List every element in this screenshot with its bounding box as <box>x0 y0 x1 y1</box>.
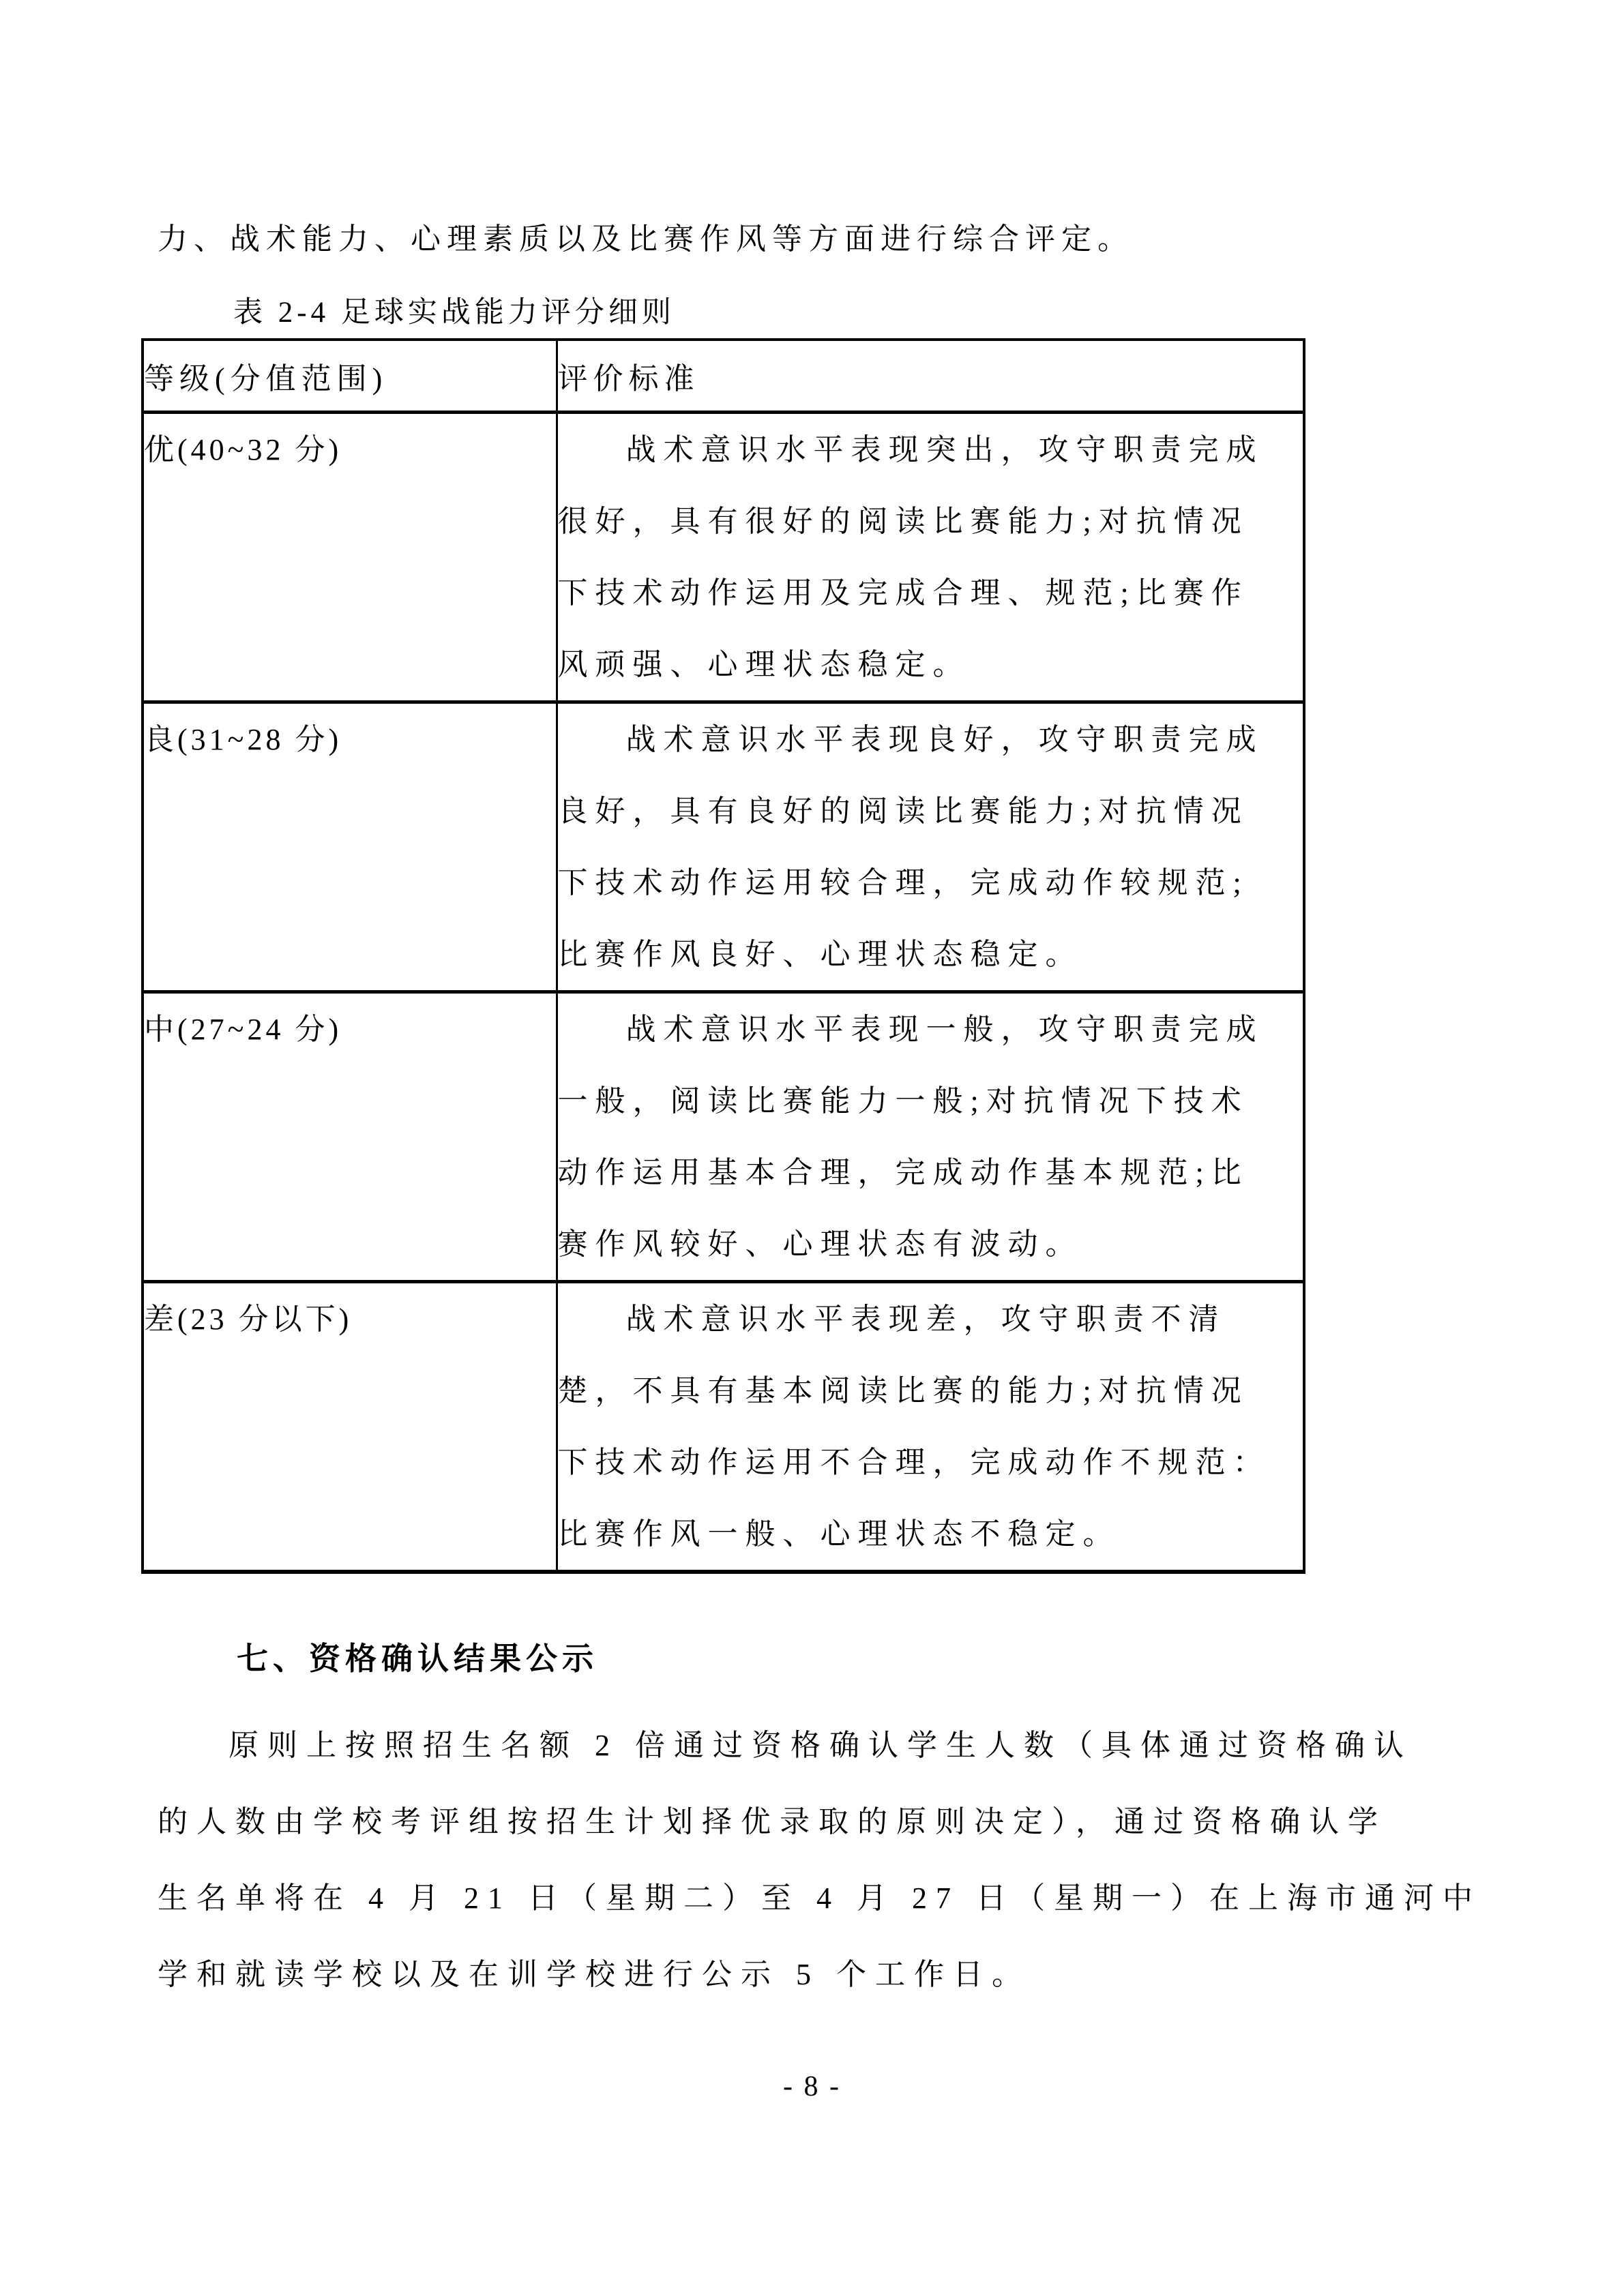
paragraph-line: 的人数由学校考评组按招生计划择优录取的原则决定），通过资格确认学 <box>158 1784 1481 1860</box>
criteria-line: 下技术动作运用不合理，完成动作不规范： <box>558 1427 1303 1498</box>
criteria-line: 比赛作风一般、心理状态不稳定。 <box>558 1498 1303 1570</box>
criteria-line: 战术意识水平表现良好，攻守职责完成 <box>558 704 1303 775</box>
intro-paragraph-line: 力、战术能力、心理素质以及比赛作风等方面进行综合评定。 <box>158 214 1134 258</box>
grade-label: 中(27~24 分) <box>143 992 557 1281</box>
criteria-line: 一般，阅读比赛能力一般;对抗情况下技术 <box>558 1065 1303 1137</box>
document-page: 力、战术能力、心理素质以及比赛作风等方面进行综合评定。 表 2-4 足球实战能力… <box>0 0 1624 2296</box>
criteria-line: 良好，具有良好的阅读比赛能力;对抗情况 <box>558 775 1303 847</box>
criteria-line: 风顽强、心理状态稳定。 <box>558 629 1303 700</box>
section-heading: 七、资格确认结果公示 <box>237 1634 598 1679</box>
criteria-line: 战术意识水平表现突出，攻守职责完成 <box>558 414 1303 486</box>
criteria-line: 动作运用基本合理，完成动作基本规范;比 <box>558 1137 1303 1208</box>
criteria-line: 楚，不具有基本阅读比赛的能力;对抗情况 <box>558 1355 1303 1427</box>
table-row: 良(31~28 分) 战术意识水平表现良好，攻守职责完成 良好，具有良好的阅读比… <box>143 702 1304 992</box>
table-row: 差(23 分以下) 战术意识水平表现差，攻守职责不清 楚，不具有基本阅读比赛的能… <box>143 1281 1304 1572</box>
table-row: 中(27~24 分) 战术意识水平表现一般，攻守职责完成 一般，阅读比赛能力一般… <box>143 992 1304 1281</box>
header-criteria: 评价标准 <box>557 340 1304 412</box>
paragraph-line: 学和就读学校以及在训学校进行公示 5 个工作日。 <box>158 1937 1481 2013</box>
criteria-cell: 战术意识水平表现良好，攻守职责完成 良好，具有良好的阅读比赛能力;对抗情况 下技… <box>557 702 1304 992</box>
closing-paragraph: 原则上按照招生名额 2 倍通过资格确认学生人数（具体通过资格确认 的人数由学校考… <box>158 1708 1481 2013</box>
criteria-line: 很好，具有很好的阅读比赛能力;对抗情况 <box>558 486 1303 557</box>
criteria-line: 下技术动作运用较合理，完成动作较规范; <box>558 847 1303 919</box>
criteria-line: 比赛作风良好、心理状态稳定。 <box>558 919 1303 990</box>
criteria-line: 战术意识水平表现一般，攻守职责完成 <box>558 994 1303 1065</box>
criteria-line: 战术意识水平表现差，攻守职责不清 <box>558 1283 1303 1355</box>
header-grade: 等级(分值范围) <box>143 340 557 412</box>
grade-label: 优(40~32 分) <box>143 412 557 702</box>
table-header-row: 等级(分值范围) 评价标准 <box>143 340 1304 412</box>
scoring-table: 等级(分值范围) 评价标准 优(40~32 分) 战术意识水平表现突出，攻守职责… <box>141 338 1305 1574</box>
page-number: - 8 - <box>0 2070 1624 2103</box>
paragraph-line: 原则上按照招生名额 2 倍通过资格确认学生人数（具体通过资格确认 <box>158 1708 1481 1784</box>
grade-label: 良(31~28 分) <box>143 702 557 992</box>
paragraph-line: 生名单将在 4 月 21 日（星期二）至 4 月 27 日（星期一）在上海市通河… <box>158 1860 1481 1937</box>
criteria-cell: 战术意识水平表现差，攻守职责不清 楚，不具有基本阅读比赛的能力;对抗情况 下技术… <box>557 1281 1304 1572</box>
criteria-cell: 战术意识水平表现突出，攻守职责完成 很好，具有很好的阅读比赛能力;对抗情况 下技… <box>557 412 1304 702</box>
criteria-line: 下技术动作运用及完成合理、规范;比赛作 <box>558 557 1303 629</box>
table-row: 优(40~32 分) 战术意识水平表现突出，攻守职责完成 很好，具有很好的阅读比… <box>143 412 1304 702</box>
criteria-cell: 战术意识水平表现一般，攻守职责完成 一般，阅读比赛能力一般;对抗情况下技术 动作… <box>557 992 1304 1281</box>
criteria-line: 赛作风较好、心理状态有波动。 <box>558 1208 1303 1280</box>
grade-label: 差(23 分以下) <box>143 1281 557 1572</box>
table-caption: 表 2-4 足球实战能力评分细则 <box>233 289 675 331</box>
